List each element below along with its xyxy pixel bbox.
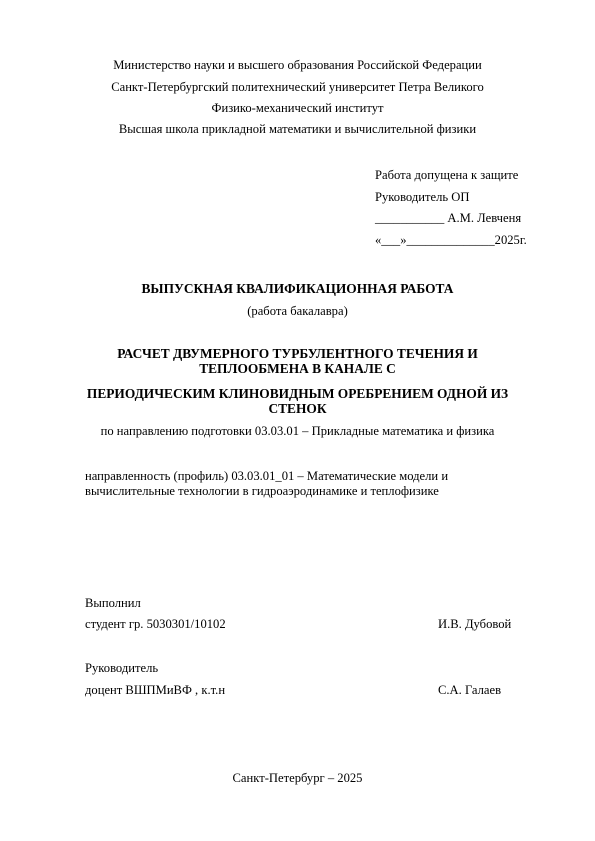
topic-line-1: РАСЧЕТ ДВУМЕРНОГО ТУРБУЛЕНТНОГО ТЕЧЕНИЯ … [0,346,595,361]
school-line: Высшая школа прикладной математики и выч… [0,122,595,137]
approval-line-1: Работа допущена к защите [375,168,518,183]
supervisor-role: доцент ВШПМиВФ , к.т.н [85,683,225,698]
supervisor-label: Руководитель [85,661,158,676]
approval-date-line: «___»______________2025г. [375,233,527,248]
ministry-line: Министерство науки и высшего образования… [0,58,595,73]
topic-line-2: ТЕПЛООБМЕНА В КАНАЛЕ С [0,361,595,376]
profile-line-1: направленность (профиль) 03.03.01_01 – М… [85,469,448,484]
supervisor-name: С.А. Галаев [438,683,501,698]
approval-signature-line: ___________ А.М. Левченя [375,211,521,226]
approval-line-2: Руководитель ОП [375,190,469,205]
performer-role: студент гр. 5030301/10102 [85,617,226,632]
topic-line-4: СТЕНОК [0,401,595,416]
city-year-footer: Санкт-Петербург – 2025 [0,771,595,786]
topic-line-3: ПЕРИОДИЧЕСКИМ КЛИНОВИДНЫМ ОРЕБРЕНИЕМ ОДН… [0,386,595,401]
work-type-title: ВЫПУСКНАЯ КВАЛИФИКАЦИОННАЯ РАБОТА [0,281,595,297]
university-line: Санкт-Петербургский политехнический унив… [0,80,595,95]
performer-label: Выполнил [85,596,141,611]
work-subtype: (работа бакалавра) [0,304,595,319]
profile-line-2: вычислительные технологии в гидроаэродин… [85,484,439,499]
institute-line: Физико-механический институт [0,101,595,116]
performer-name: И.В. Дубовой [438,617,511,632]
direction-line: по направлению подготовки 03.03.01 – При… [0,424,595,439]
